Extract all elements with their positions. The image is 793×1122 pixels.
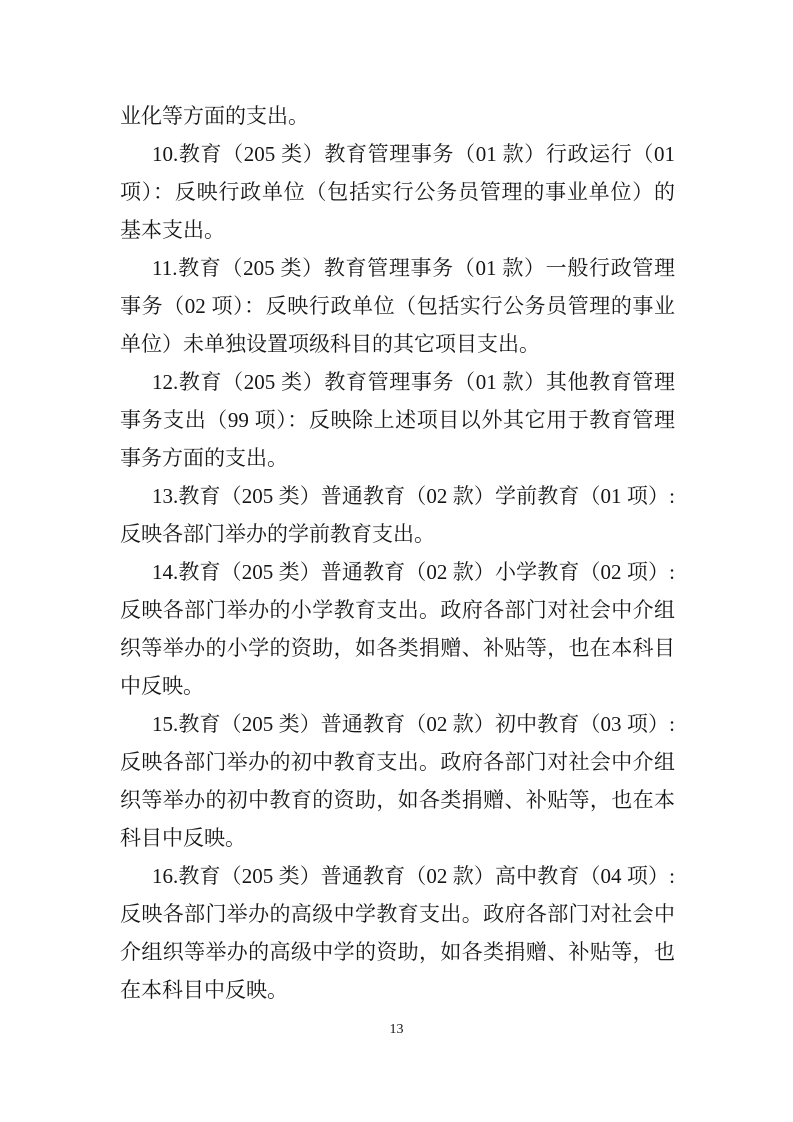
text-line: 反映各部门举办的小学教育支出。政府各部门对社会中介组 — [120, 591, 675, 629]
text-line: 反映各部门举办的高级中学教育支出。政府各部门对社会中 — [120, 895, 675, 933]
text-line: 10.教育（205 类）教育管理事务（01 款）行政运行（01 — [120, 135, 675, 173]
text-line: 基本支出。 — [120, 211, 675, 249]
text-line: 科目中反映。 — [120, 819, 675, 857]
text-line: 16.教育（205 类）普通教育（02 款）高中教育（04 项）: — [120, 857, 675, 895]
text-line: 介组织等举办的高级中学的资助，如各类捐赠、补贴等，也 — [120, 933, 675, 971]
text-line: 反映各部门举办的学前教育支出。 — [120, 515, 675, 553]
text-line: 反映各部门举办的初中教育支出。政府各部门对社会中介组 — [120, 743, 675, 781]
text-line: 15.教育（205 类）普通教育（02 款）初中教育（03 项）: — [120, 705, 675, 743]
text-line: 在本科目中反映。 — [120, 971, 675, 1009]
text-line: 事务方面的支出。 — [120, 439, 675, 477]
text-line: 事务（02 项）：反映行政单位（包括实行公务员管理的事业 — [120, 287, 675, 325]
text-line: 12.教育（205 类）教育管理事务（01 款）其他教育管理 — [120, 363, 675, 401]
text-line: 事务支出（99 项）：反映除上述项目以外其它用于教育管理 — [120, 401, 675, 439]
text-line: 项）：反映行政单位（包括实行公务员管理的事业单位）的 — [120, 173, 675, 211]
text-line: 11.教育（205 类）教育管理事务（01 款）一般行政管理 — [120, 249, 675, 287]
text-line: 13.教育（205 类）普通教育（02 款）学前教育（01 项）: — [120, 477, 675, 515]
body-text-block: 业化等方面的支出。 10.教育（205 类）教育管理事务（01 款）行政运行（0… — [120, 97, 675, 1009]
text-line: 织等举办的初中教育的资助，如各类捐赠、补贴等，也在本 — [120, 781, 675, 819]
text-line: 中反映。 — [120, 667, 675, 705]
text-line: 单位）未单独设置项级科目的其它项目支出。 — [120, 325, 675, 363]
text-line: 业化等方面的支出。 — [120, 97, 675, 135]
document-page: 业化等方面的支出。 10.教育（205 类）教育管理事务（01 款）行政运行（0… — [0, 0, 793, 1122]
text-line: 织等举办的小学的资助，如各类捐赠、补贴等，也在本科目 — [120, 629, 675, 667]
text-line: 14.教育（205 类）普通教育（02 款）小学教育（02 项）: — [120, 553, 675, 591]
page-number: 13 — [0, 1020, 793, 1040]
